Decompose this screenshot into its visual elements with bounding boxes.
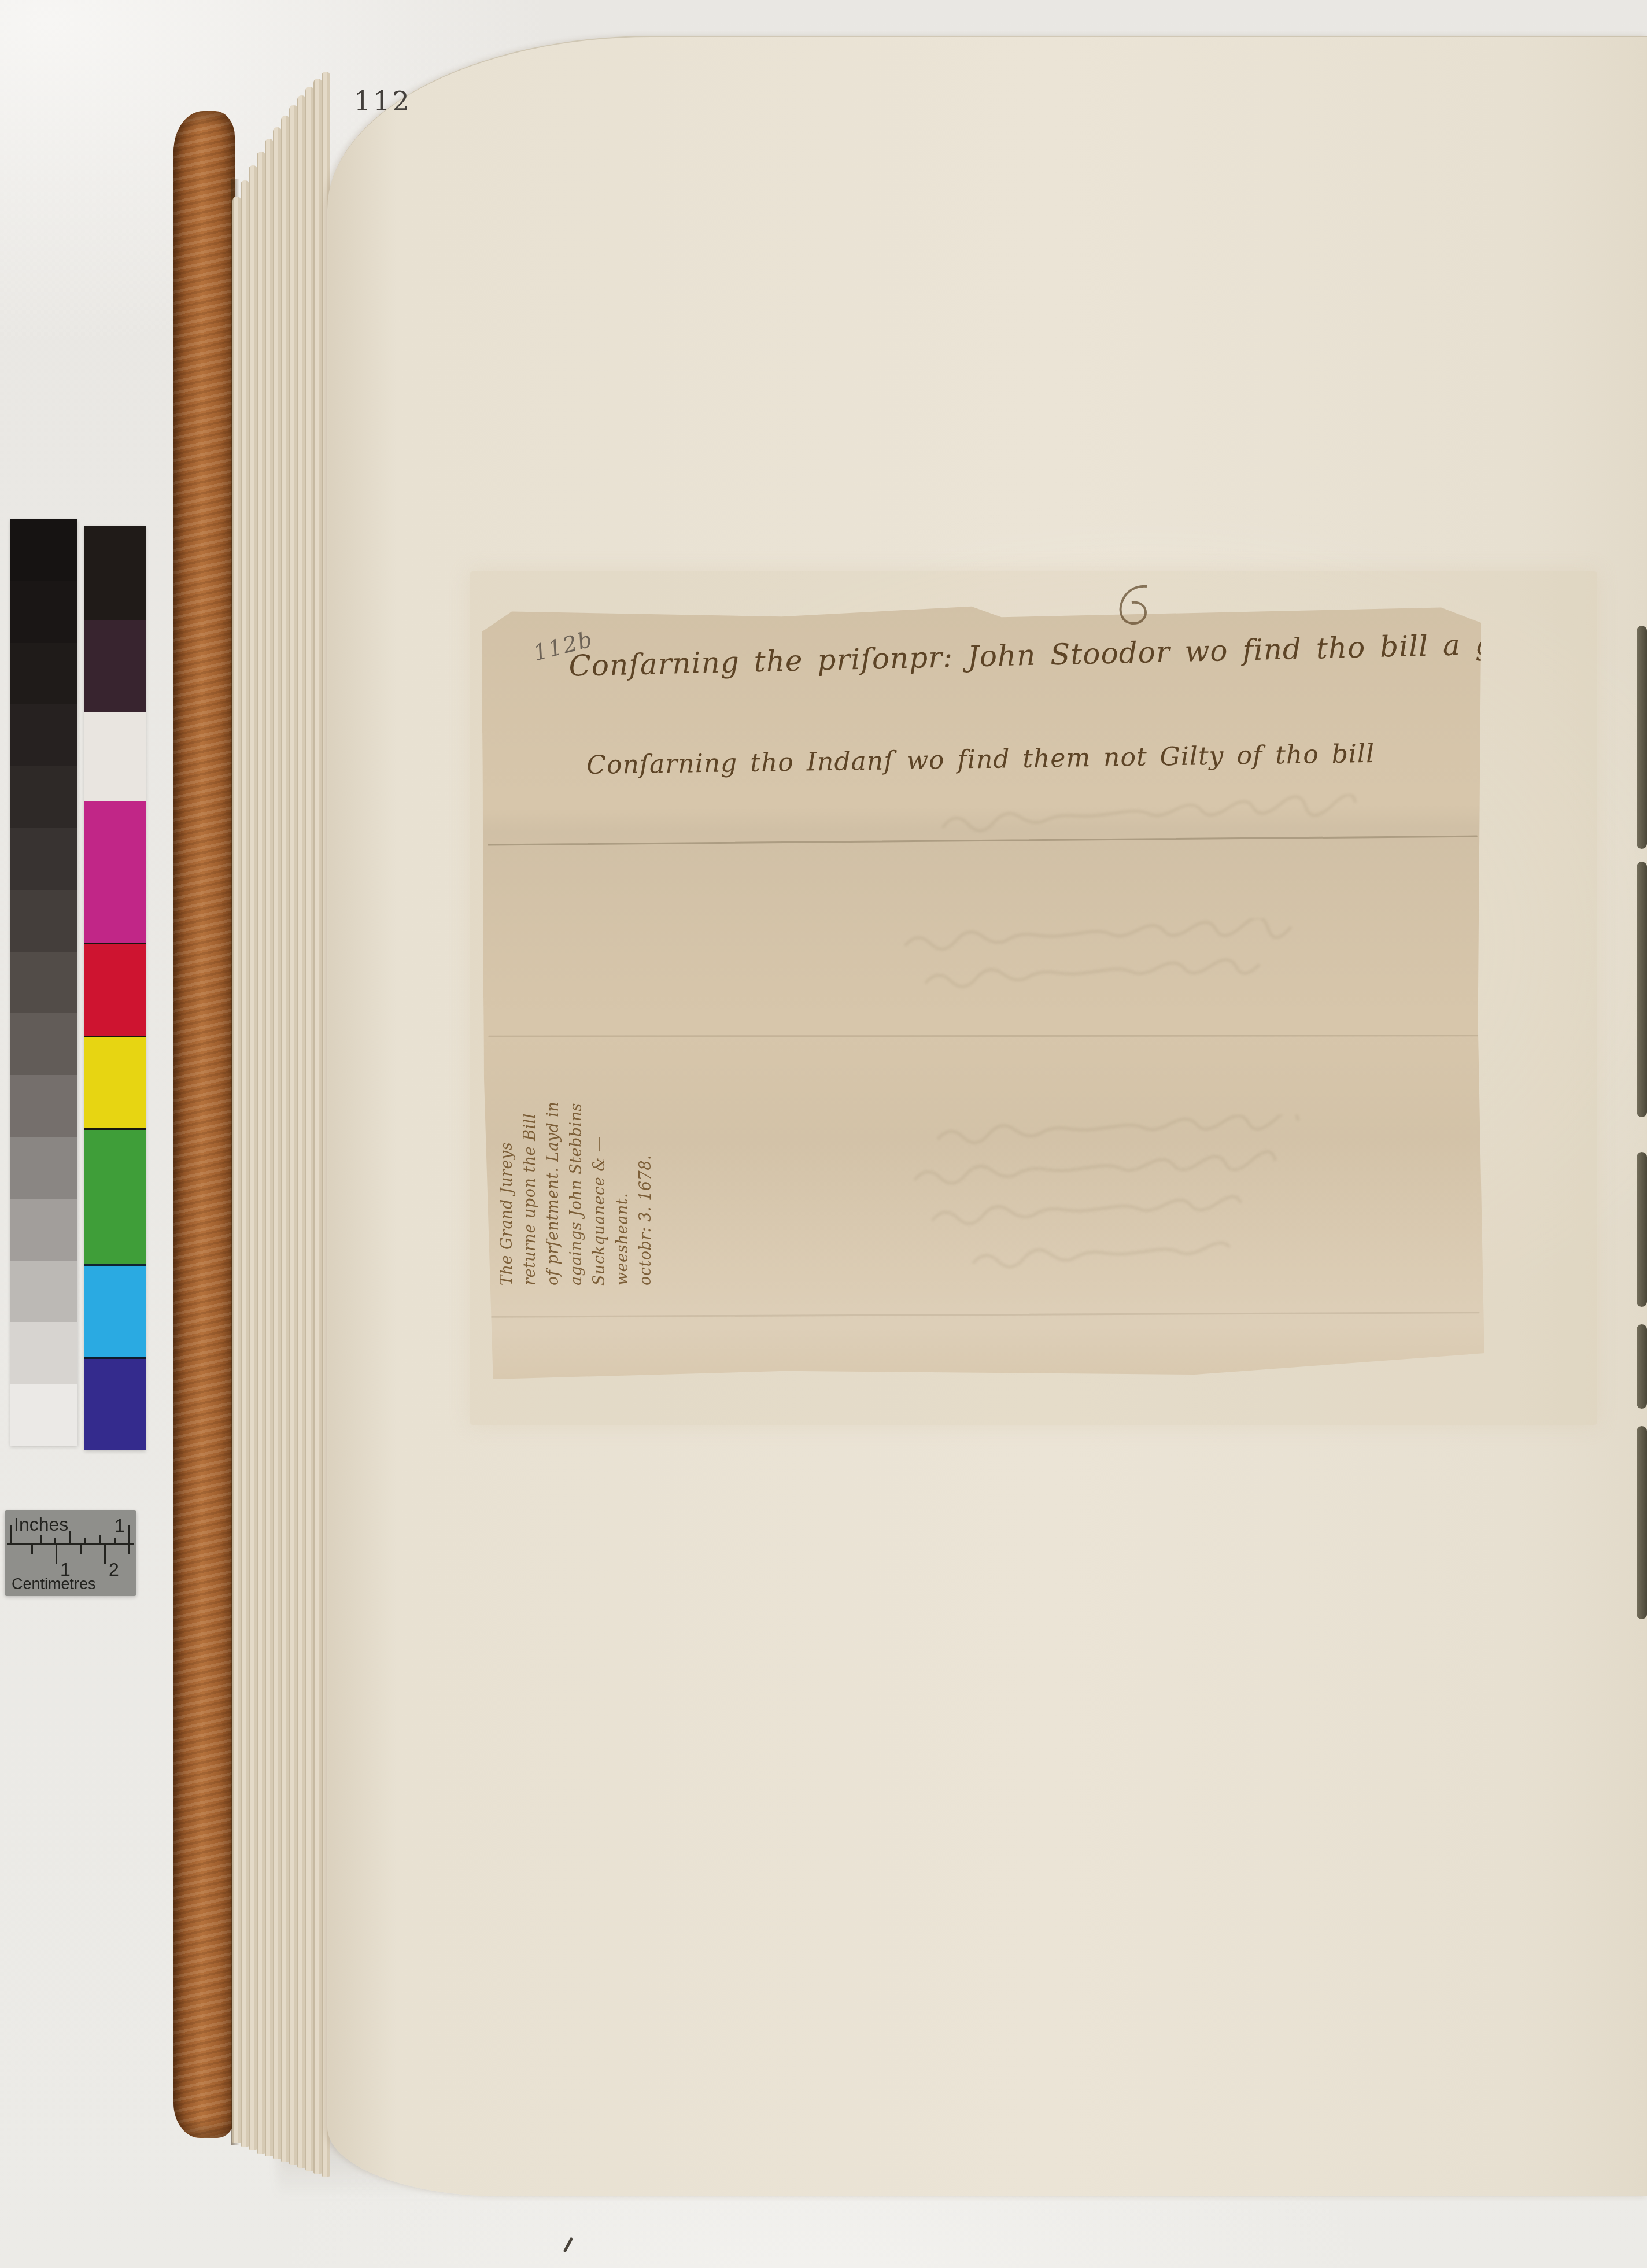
- page-number: 112: [354, 86, 412, 117]
- page-edge-strip: [273, 127, 282, 2159]
- color-patch-yellow: [84, 1036, 146, 1128]
- inch-tick: [10, 1525, 12, 1543]
- gray-step: [10, 581, 77, 643]
- inch-tick: [54, 1538, 56, 1543]
- side-note-line: of prſentment. Layd in: [542, 1066, 565, 1286]
- inch-number-1: 1: [115, 1515, 125, 1536]
- gray-step: [10, 1075, 77, 1137]
- side-note-line: weesheant.: [611, 1066, 634, 1286]
- side-note-line: returne upon the Bill: [519, 1066, 542, 1286]
- gray-step: [10, 704, 77, 766]
- gray-step: [10, 1013, 77, 1075]
- side-note-line: Suckquanece & —: [588, 1066, 611, 1286]
- gray-step: [10, 643, 77, 705]
- gray-step: [10, 1322, 77, 1384]
- page-edge-strip: [305, 87, 314, 2171]
- gray-step: [10, 1137, 77, 1199]
- book-spine-leather: [173, 111, 235, 2138]
- grayscale-calibration-wedge: [10, 519, 77, 1446]
- cm-tick: [80, 1545, 82, 1554]
- cm-tick: [128, 1545, 130, 1554]
- inch-tick: [84, 1538, 86, 1543]
- cm-tick: [104, 1545, 106, 1564]
- gray-step: [10, 1261, 77, 1323]
- inches-unit-label: Inches: [14, 1514, 68, 1535]
- side-note-line: octobr: 3. 1678.: [634, 1066, 658, 1286]
- color-patch-magenta: [84, 801, 146, 943]
- gray-step: [10, 890, 77, 952]
- gray-step: [10, 519, 77, 581]
- inch-tick: [99, 1535, 101, 1543]
- color-patch-dark-plum: [84, 620, 146, 712]
- stray-ink-speck: [563, 2237, 574, 2252]
- fore-edge-tab-mark: [1637, 862, 1647, 1117]
- ink-bleed-through-ghost: [902, 918, 1423, 1001]
- color-calibration-strip: [84, 526, 146, 1450]
- cm-tick: [31, 1545, 33, 1554]
- gray-step: [10, 828, 77, 890]
- centimetres-unit-label: Centimetres: [12, 1575, 96, 1593]
- side-note-line: agaings John Stebbins: [565, 1066, 588, 1286]
- page-edge-strip: [313, 79, 322, 2174]
- gray-step: [10, 1199, 77, 1261]
- gray-step: [10, 766, 77, 828]
- fore-edge-tab-mark: [1637, 1426, 1647, 1619]
- page-edge-strip: [281, 116, 290, 2162]
- page-edge-strip: [257, 152, 265, 2154]
- page-edge-strip: [265, 139, 274, 2156]
- inch-tick: [40, 1535, 42, 1543]
- inch-tick: [128, 1525, 130, 1543]
- ruler-baseline: [7, 1543, 134, 1545]
- pen-flourish: [1102, 583, 1171, 647]
- cm-number-2: 2: [109, 1559, 119, 1580]
- ink-bleed-through-ghost: [903, 1114, 1453, 1295]
- scale-bar: Inches 1 1 2 Centimetres: [5, 1510, 136, 1596]
- page-edge-strip: [289, 105, 298, 2165]
- fore-edge-tab-mark: [1637, 1152, 1647, 1307]
- fore-edge-tab-mark: [1637, 1324, 1647, 1409]
- side-note-line: The Grand Jureys: [496, 1066, 519, 1286]
- page-edge-strip: [232, 197, 241, 2143]
- archival-photograph: 112 112b Conſarning the priſonpr: John S…: [0, 0, 1647, 2268]
- color-patch-cyan: [84, 1264, 146, 1357]
- page-edge-strip: [241, 180, 249, 2147]
- ink-bleed-through-ghost: [940, 793, 1460, 848]
- fore-edge-tab-mark: [1637, 626, 1647, 849]
- color-patch-green: [84, 1128, 146, 1264]
- gray-step: [10, 1384, 77, 1446]
- color-patch-black: [84, 526, 146, 620]
- gray-step: [10, 952, 77, 1014]
- cm-tick: [56, 1545, 57, 1564]
- page-edge-strip: [297, 95, 306, 2168]
- inch-tick: [69, 1531, 71, 1543]
- color-patch-white: [84, 712, 146, 801]
- page-edge-strip: [249, 165, 257, 2150]
- inch-tick: [114, 1538, 116, 1543]
- grand-jury-endorsement-note: The Grand Jureys returne upon the Bill o…: [496, 1066, 663, 1286]
- color-patch-red: [84, 943, 146, 1036]
- color-patch-blue: [84, 1357, 146, 1450]
